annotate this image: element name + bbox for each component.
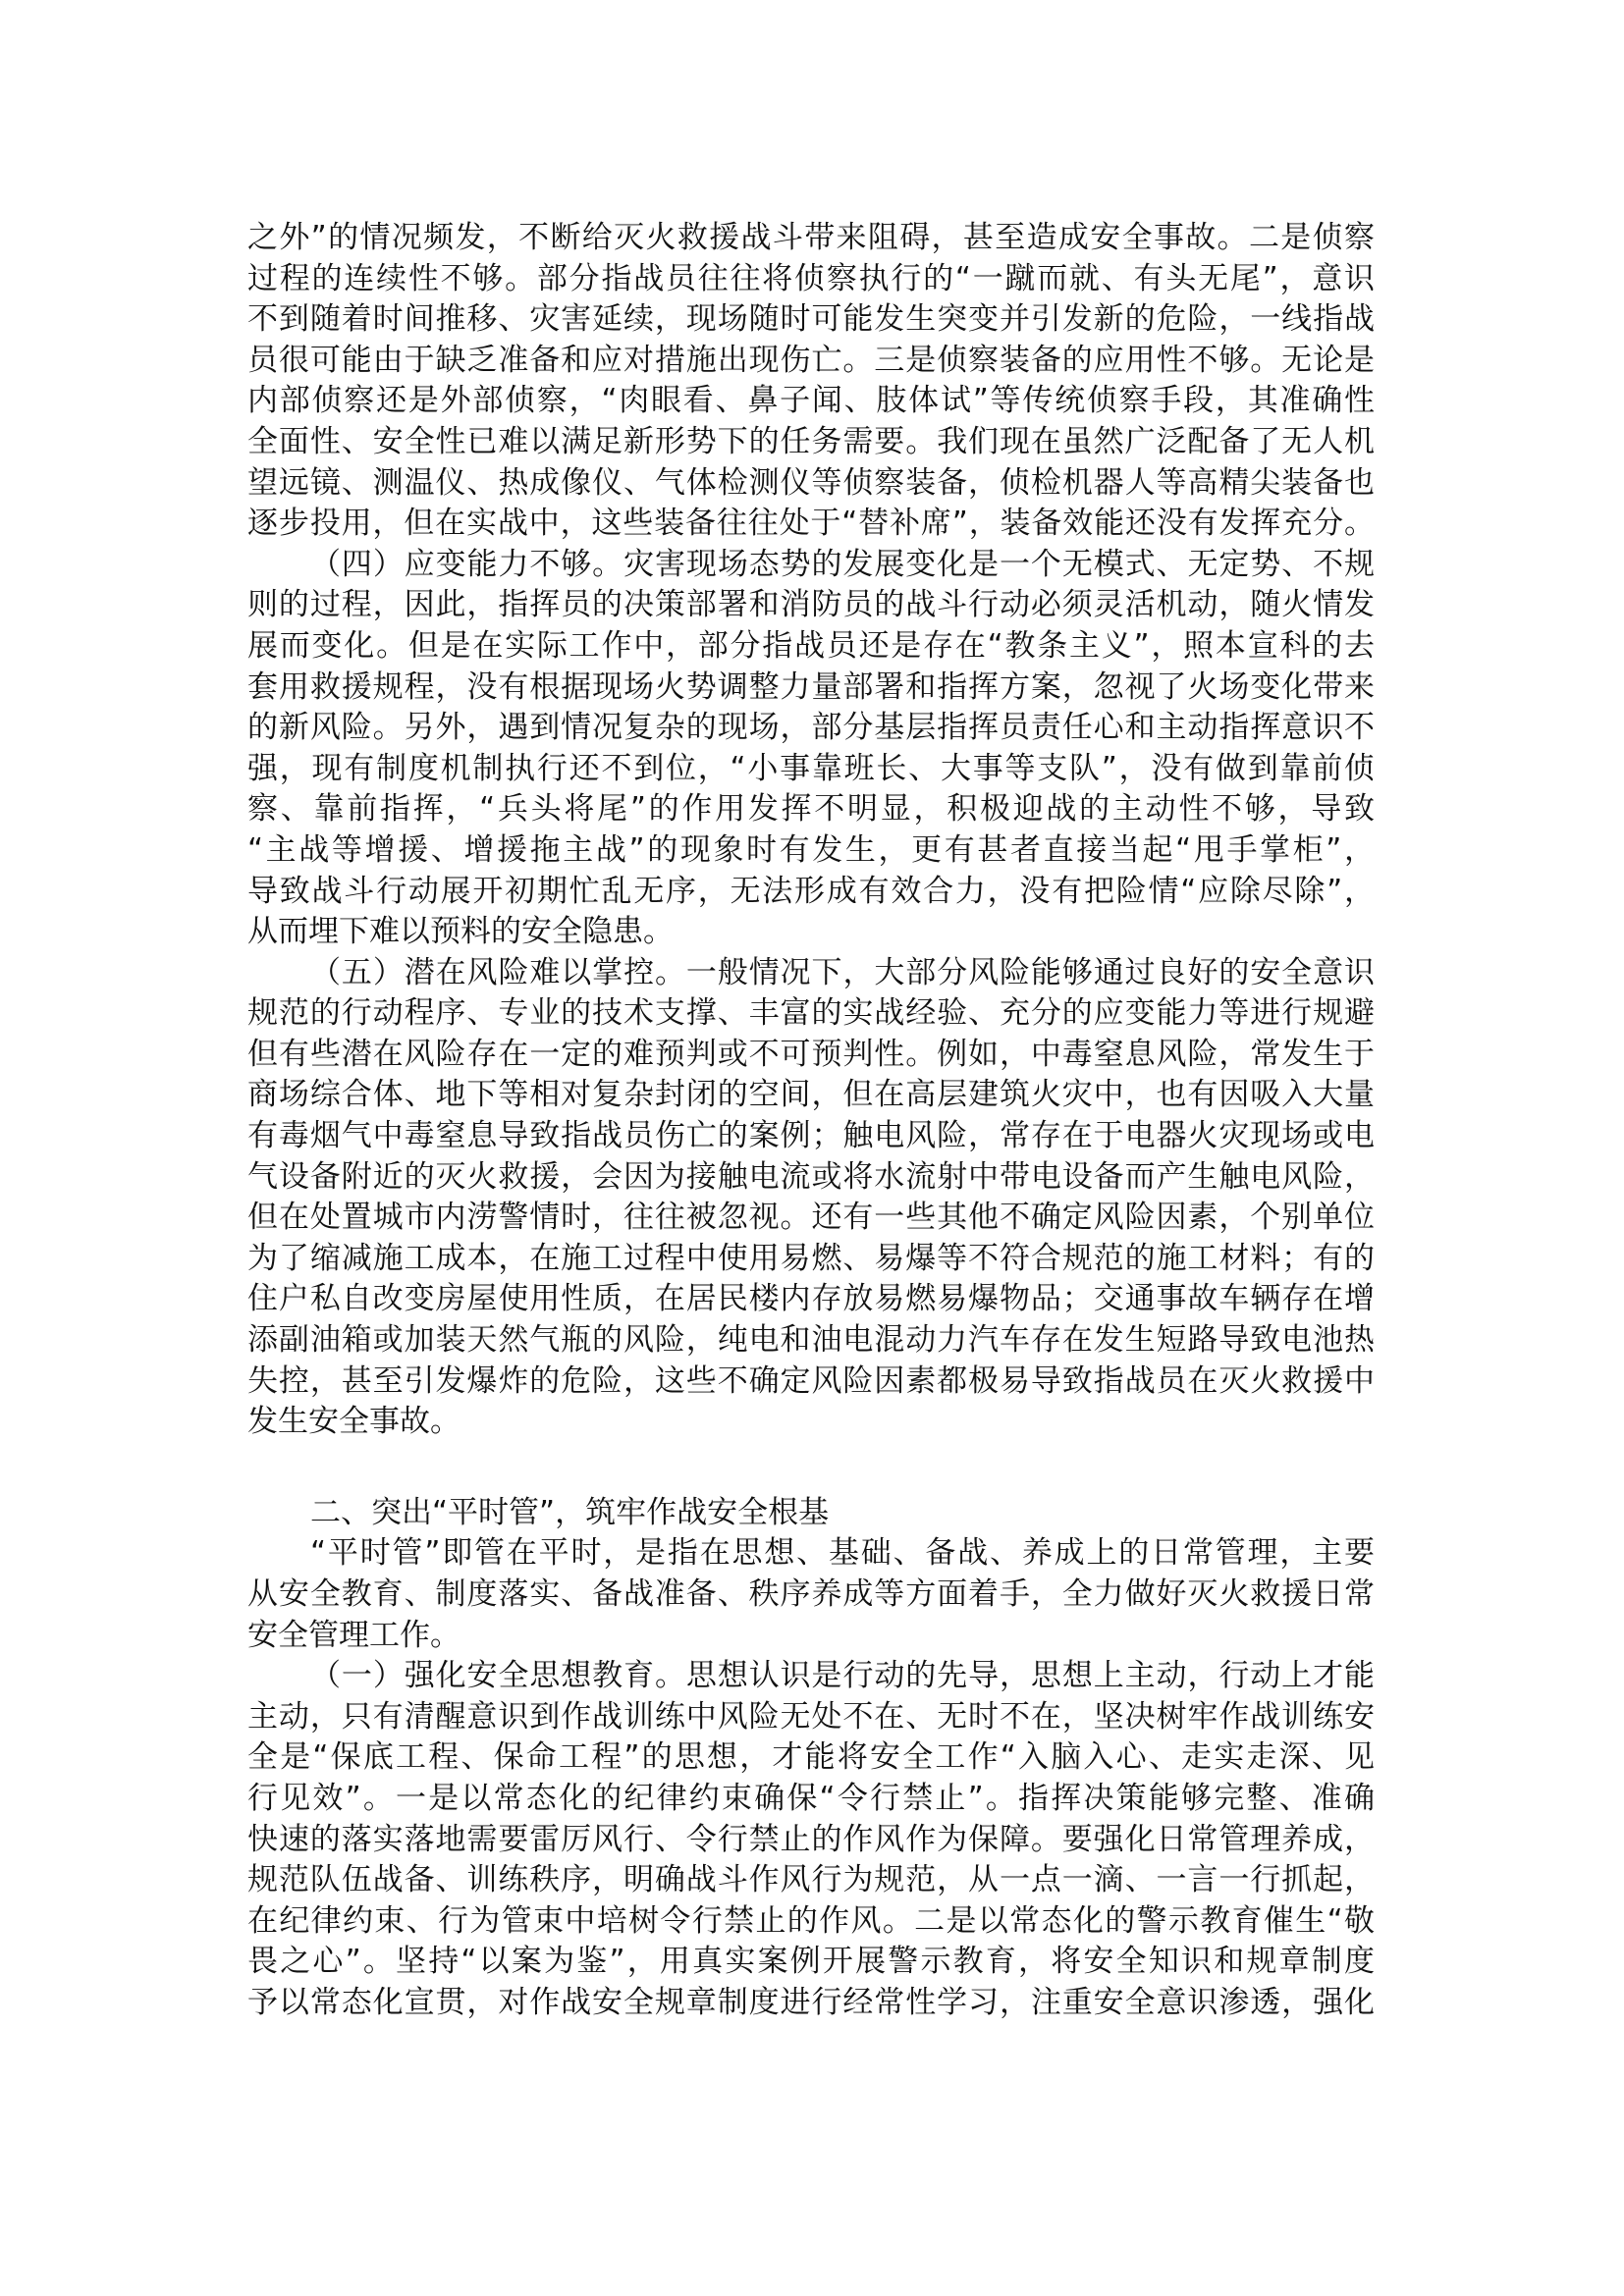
text-line: 有毒烟气中毒窒息导致指战员伤亡的案例；触电风险，常存在于电器火灾现场或电 [247, 1116, 1375, 1157]
text-line: 快速的落实落地需要雷厉风行、令行禁止的作风作为保障。要强化日常管理养成， [247, 1820, 1375, 1861]
paragraph-adaptability: （四）应变能力不够。灾害现场态势的发展变化是一个无模式、无定势、不规 则的过程，… [247, 545, 1375, 953]
text-line: 从而埋下难以预料的安全隐患。 [247, 912, 1375, 953]
text-line: 过程的连续性不够。部分指战员往往将侦察执行的“一蹴而就、有头无尾”，意识 [247, 259, 1375, 300]
text-line: 予以常态化宣贯，对作战安全规章制度进行经常性学习，注重安全意识渗透，强化 [247, 1983, 1375, 2024]
text-line: 全面性、安全性已难以满足新形势下的任务需要。我们现在虽然广泛配备了无人机 [247, 422, 1375, 463]
text-line: 之外”的情况频发，不断给灭火救援战斗带来阻碍，甚至造成安全事故。二是侦察 [247, 218, 1375, 259]
paragraph-recon-continued: 之外”的情况频发，不断给灭火救援战斗带来阻碍，甚至造成安全事故。二是侦察 过程的… [247, 218, 1375, 545]
text-line: 为了缩减施工成本，在施工过程中使用易燃、易爆等不符合规范的施工材料；有的 [247, 1239, 1375, 1280]
text-line: 望远镜、测温仪、热成像仪、气体检测仪等侦察装备，侦检机器人等高精尖装备也 [247, 463, 1375, 505]
text-line: 主动，只有清醒意识到作战训练中风险无处不在、无时不在，坚决树牢作战训练安 [247, 1697, 1375, 1738]
text-line: 规范的行动程序、专业的技术支撑、丰富的实战经验、充分的应变能力等进行规避 [247, 993, 1375, 1035]
text-line: 导致战斗行动展开初期忙乱无序，无法形成有效合力，没有把险情“应除尽除”， [247, 872, 1375, 913]
text-line: 行见效”。一是以常态化的纪律约束确保“令行禁止”。指挥决策能够完整、准确 [247, 1779, 1375, 1820]
text-line: 但在处置城市内涝警情时，往往被忽视。还有一些其他不确定风险因素，个别单位 [247, 1198, 1375, 1239]
text-line: 强，现有制度机制执行还不到位，“小事靠班长、大事等支队”，没有做到靠前侦 [247, 749, 1375, 790]
text-line: 畏之心”。坚持“以案为鉴”，用真实案例开展警示教育，将安全知识和规章制度 [247, 1942, 1375, 1983]
paragraph-first-line: （五）潜在风险难以掌控。一般情况下，大部分风险能够通过良好的安全意识 [247, 953, 1375, 994]
text-line: 发生安全事故。 [247, 1402, 1375, 1443]
text-line: 失控，甚至引发爆炸的危险，这些不确定风险因素都极易导致指战员在灭火救援中 [247, 1362, 1375, 1403]
text-line: 察、靠前指挥，“兵头将尾”的作用发挥不明显，积极迎战的主动性不够，导致 [247, 789, 1375, 830]
paragraph-daily-management: “平时管”即管在平时，是指在思想、基础、备战、养成上的日常管理，主要 从安全教育… [247, 1533, 1375, 1656]
section-title: 二、突出“平时管”，筑牢作战安全根基 [247, 1493, 1375, 1534]
paragraph-latent-risks: （五）潜在风险难以掌控。一般情况下，大部分风险能够通过良好的安全意识 规范的行动… [247, 953, 1375, 1443]
text-line: 逐步投用，但在实战中，这些装备往往处于“替补席”，装备效能还没有发挥充分。 [247, 504, 1375, 545]
paragraph-first-line: （四）应变能力不够。灾害现场态势的发展变化是一个无模式、无定势、不规 [247, 545, 1375, 586]
paragraph-safety-education: （一）强化安全思想教育。思想认识是行动的先导，思想上主动，行动上才能 主动，只有… [247, 1656, 1375, 2023]
text-line: 规范队伍战备、训练秩序，明确战斗作风行为规范，从一点一滴、一言一行抓起， [247, 1860, 1375, 1901]
text-line: 商场综合体、地下等相对复杂封闭的空间，但在高层建筑火灾中，也有因吸入大量 [247, 1075, 1375, 1116]
text-line: 全是“保底工程、保命工程”的思想，才能将安全工作“入脑入心、走实走深、见 [247, 1737, 1375, 1779]
text-line: 气设备附近的灭火救援，会因为接触电流或将水流射中带电设备而产生触电风险， [247, 1157, 1375, 1199]
text-line: 套用救援规程，没有根据现场火势调整力量部署和指挥方案，忽视了火场变化带来 [247, 667, 1375, 709]
text-line: 的新风险。另外，遇到情况复杂的现场，部分基层指挥员责任心和主动指挥意识不 [247, 708, 1375, 749]
text-line: 从安全教育、制度落实、备战准备、秩序养成等方面着手，全力做好灭火救援日常 [247, 1575, 1375, 1616]
section-spacer [247, 1443, 1375, 1493]
text-line: 展而变化。但是在实际工作中，部分指战员还是存在“教条主义”，照本宣科的去 [247, 626, 1375, 667]
section-heading: 二、突出“平时管”，筑牢作战安全根基 [247, 1493, 1375, 1534]
text-line: 但有些潜在风险存在一定的难预判或不可预判性。例如，中毒窒息风险，常发生于 [247, 1035, 1375, 1076]
text-line: 添副油箱或加装天然气瓶的风险，纯电和油电混动力汽车存在发生短路导致电池热 [247, 1320, 1375, 1362]
text-line: 则的过程，因此，指挥员的决策部署和消防员的战斗行动必须灵活机动，随火情发 [247, 585, 1375, 626]
text-line: 在纪律约束、行为管束中培树令行禁止的作风。二是以常态化的警示教育催生“敬 [247, 1901, 1375, 1943]
text-line: “主战等增援、增援拖主战”的现象时有发生，更有甚者直接当起“甩手掌柜”， [247, 830, 1375, 872]
text-line: 员很可能由于缺乏准备和应对措施出现伤亡。三是侦察装备的应用性不够。无论是 [247, 341, 1375, 382]
text-line: 内部侦察还是外部侦察，“肉眼看、鼻子闻、肢体试”等传统侦察手段，其准确性 [247, 381, 1375, 422]
text-line: 不到随着时间推移、灾害延续，现场随时可能发生突变并引发新的危险，一线指战 [247, 299, 1375, 341]
paragraph-first-line: （一）强化安全思想教育。思想认识是行动的先导，思想上主动，行动上才能 [247, 1656, 1375, 1697]
paragraph-first-line: “平时管”即管在平时，是指在思想、基础、备战、养成上的日常管理，主要 [247, 1533, 1375, 1575]
text-line: 安全管理工作。 [247, 1616, 1375, 1657]
text-line: 住户私自改变房屋使用性质，在居民楼内存放易燃易爆物品；交通事故车辆存在增 [247, 1279, 1375, 1320]
document-page: 之外”的情况频发，不断给灭火救援战斗带来阻碍，甚至造成安全事故。二是侦察 过程的… [247, 218, 1375, 2024]
